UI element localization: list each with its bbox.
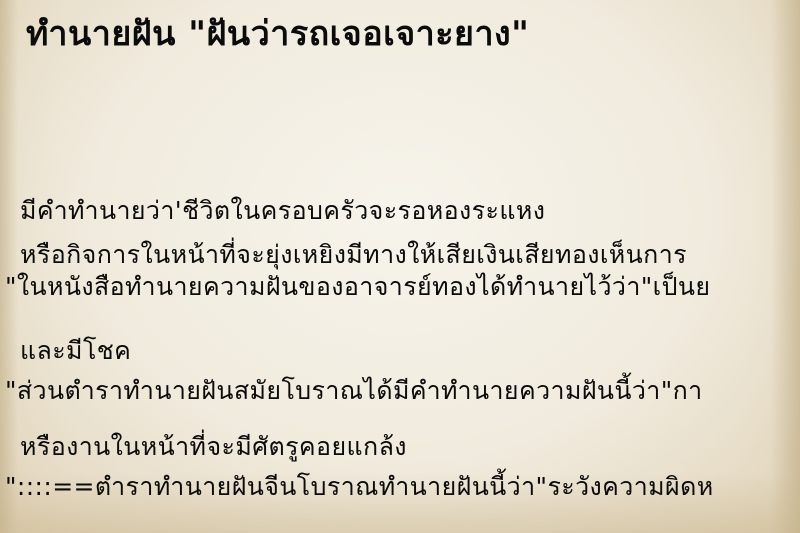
text-line: หรืองานในหน้าที่จะมีศัตรูคอยแกล้ง bbox=[20, 434, 407, 459]
parchment-edge-left bbox=[0, 0, 18, 533]
text-line: มีคำทำนายว่า'ชีวิตในครอบครัวจะรอหองระแหง bbox=[20, 198, 545, 223]
text-line: "::::==ตำราทำนายฝันจีนโบราณทำนายฝันนี้ว่… bbox=[5, 474, 714, 499]
text-line: และมีโชค bbox=[20, 338, 131, 363]
text-line: หรือกิจการในหน้าที่จะยุ่งเหยิงมีทางให้เส… bbox=[20, 242, 687, 267]
text-line: "ในหนังสือทำนายความฝันของอาจารย์ทองได้ทำ… bbox=[5, 274, 710, 299]
page-title: ทำนายฝัน "ฝันว่ารถเจอเจาะยาง" bbox=[26, 14, 529, 55]
parchment-edge-right bbox=[770, 0, 800, 533]
text-line: "ส่วนตำราทำนายฝันสมัยโบราณได้มีคำทำนายคว… bbox=[5, 378, 703, 403]
